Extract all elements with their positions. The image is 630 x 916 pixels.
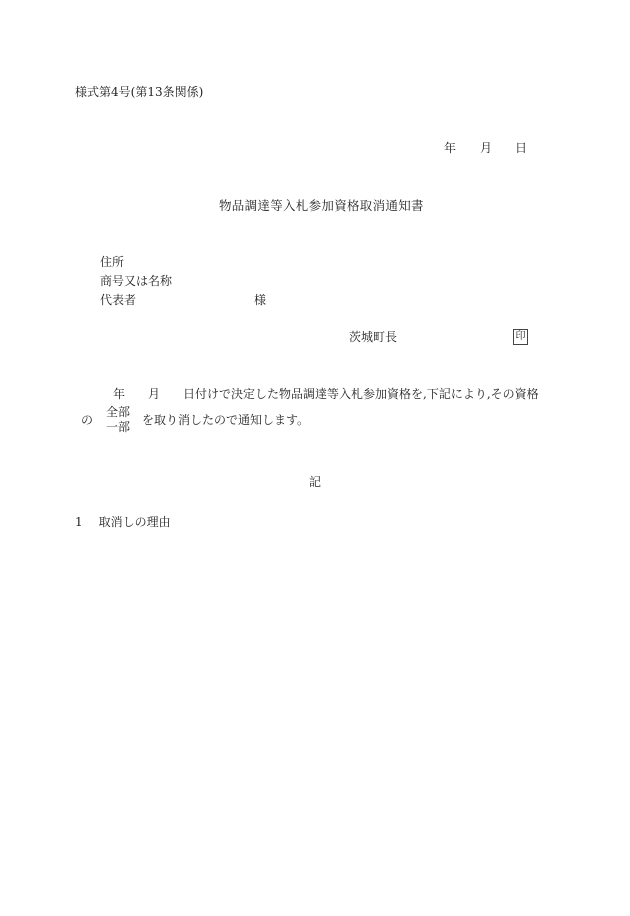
date-month-label: 月 — [480, 142, 492, 154]
scope-options: 全部 一部 — [106, 405, 130, 435]
issuer-name: 茨城町長 — [349, 331, 397, 343]
company-name-label: 商号又は名称 — [100, 275, 172, 287]
date-year-label: 年 — [444, 142, 456, 154]
scope-option-all: 全部 — [106, 405, 130, 420]
date-day-label: 日 — [515, 142, 527, 154]
body-line1-text: 日付けで決定した物品調達等入札参加資格を,下記により,その資格 — [183, 388, 539, 400]
seal-stamp-icon: 印 — [513, 329, 528, 345]
representative-label: 代表者 — [100, 294, 136, 306]
body-year-label: 年 — [113, 388, 125, 400]
address-label: 住所 — [100, 256, 124, 268]
form-number-label: 様式第4号(第13条関係) — [75, 86, 203, 98]
scope-option-part: 一部 — [106, 420, 130, 435]
body-month-label: 月 — [148, 388, 160, 400]
body-line2-prefix: の — [81, 414, 93, 426]
item-number: 1 — [75, 515, 83, 529]
body-line2-suffix: を取り消したので通知します。 — [142, 414, 309, 426]
document-title: 物品調達等入札参加資格取消通知書 — [219, 200, 424, 213]
honorific-sama: 様 — [254, 294, 266, 306]
item-reason: 1取消しの理由 — [75, 516, 171, 528]
item-label: 取消しの理由 — [99, 515, 171, 529]
ki-heading: 記 — [309, 476, 321, 488]
